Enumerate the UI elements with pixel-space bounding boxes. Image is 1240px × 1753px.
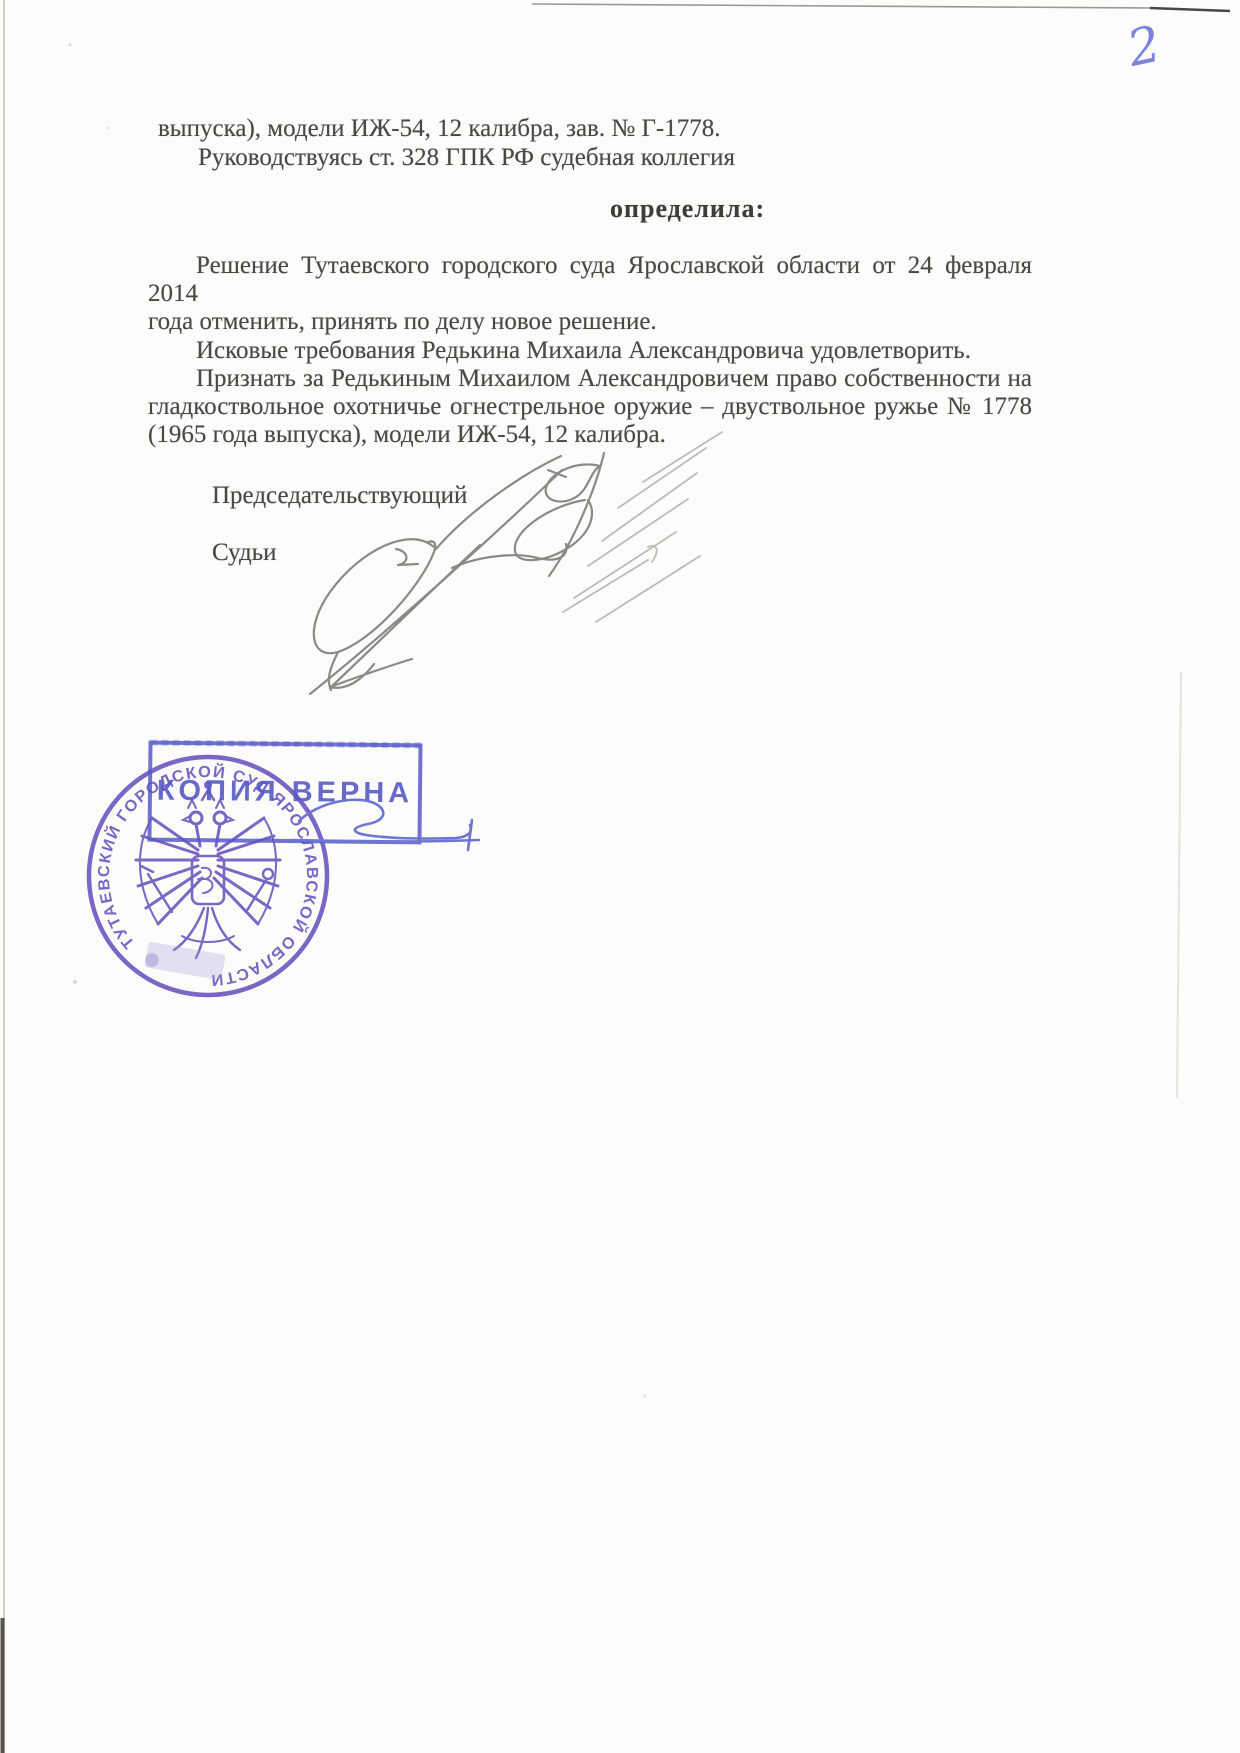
operative-paragraphs: Решение Тутаевского городского суда Ярос… [148,252,1032,449]
signature-hatch-strokes [563,432,722,622]
judges-label: Судьи [212,539,276,567]
chairman-label: Председательствующий [212,482,467,510]
stamp-pen-signature [293,800,479,850]
chairman-signature [515,453,604,576]
ruling-heading: определила: [610,195,765,223]
scanned-court-document-page: выпуска), модели ИЖ-54, 12 калибра, зав.… [0,0,1240,1753]
text-line: Исковые требования Редькина Михаила Алек… [148,337,1032,365]
text-line: выпуска), модели ИЖ-54, 12 калибра, зав.… [150,114,1030,143]
text-line: Решение Тутаевского городского суда Ярос… [148,252,1032,308]
text-line: гладкоствольное охотничье огнестрельное … [148,393,1032,421]
seal-ink-smudge [144,941,225,980]
eagle-emblem-icon [136,783,280,959]
svg-text:ТУТАЕВСКИЙ ГОРОДСКОЙ СУД ЯРОСЛ: ТУТАЕВСКИЙ ГОРОДСКОЙ СУД ЯРОСЛАВСКОЙ ОБЛ… [96,762,320,988]
copy-verna-stamp: КОПИЯ ВЕРНА [149,743,420,843]
court-seal-stamp: ТУТАЕВСКИЙ ГОРОДСКОЙ СУД ЯРОСЛАВСКОЙ ОБЛ… [89,757,327,995]
court-seal-text: ТУТАЕВСКИЙ ГОРОДСКОЙ СУД ЯРОСЛАВСКОЙ ОБЛ… [96,762,320,988]
text-line: (1965 года выпуска), модели ИЖ-54, 12 ка… [148,421,1032,449]
text-line: Признать за Редькиным Михаилом Александр… [148,365,1032,393]
text-line: Руководствуясь ст. 328 ГПК РФ судебная к… [150,143,1030,172]
top-paragraph: выпуска), модели ИЖ-54, 12 калибра, зав.… [150,114,1030,172]
text-line: года отменить, принять по делу новое реш… [148,308,1032,336]
copy-verna-text: КОПИЯ ВЕРНА [157,775,414,810]
page-number: 2 [1121,15,1165,79]
